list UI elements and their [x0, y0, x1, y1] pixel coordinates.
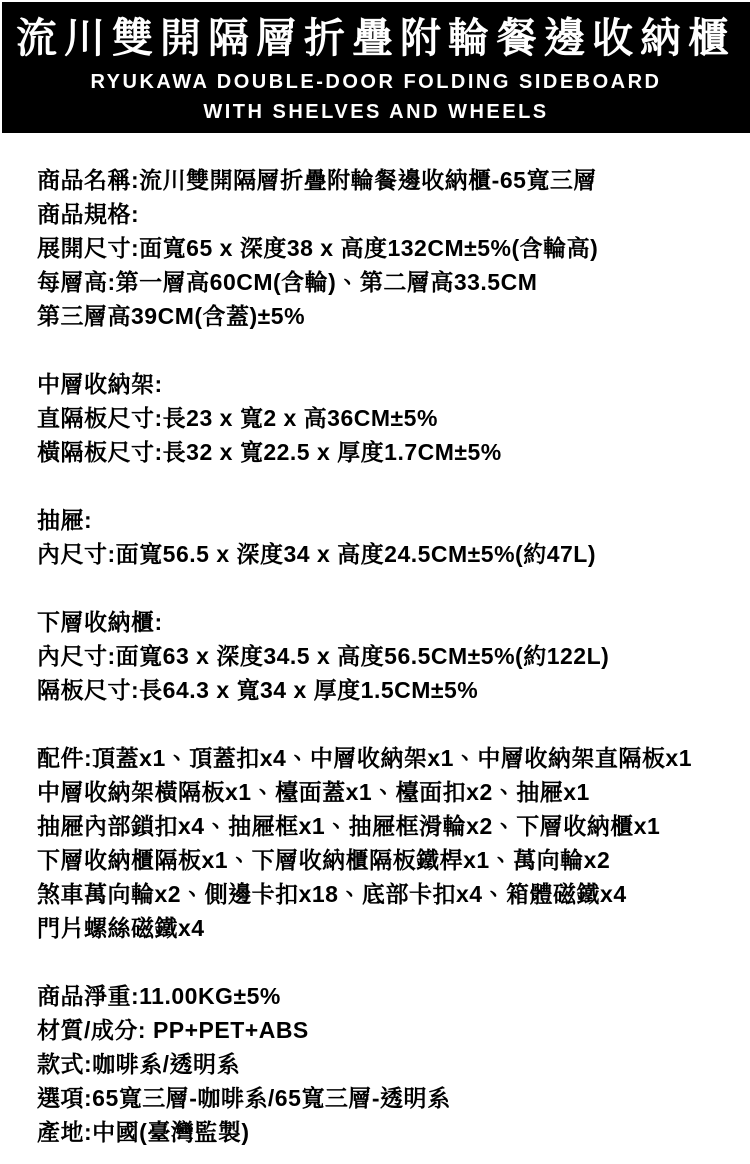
spec-line-accessories-2: 中層收納架橫隔板x1、檯面蓋x1、檯面扣x2、抽屜x1 — [37, 775, 722, 809]
spec-line-origin: 產地:中國(臺灣監製) — [37, 1115, 722, 1149]
product-header-banner: 流川雙開隔層折疊附輪餐邊收納櫃 RYUKAWA DOUBLE-DOOR FOLD… — [2, 2, 750, 133]
spec-line-horizontal-divider-size: 橫隔板尺寸:長32 x 寬22.5 x 厚度1.7CM±5% — [37, 435, 722, 469]
product-spec-page: 流川雙開隔層折疊附輪餐邊收納櫃 RYUKAWA DOUBLE-DOOR FOLD… — [0, 0, 750, 1164]
section-product-meta: 商品淨重:11.00KG±5% 材質/成分: PP+PET+ABS 款式:咖啡系… — [37, 979, 722, 1149]
spec-line-lower-cabinet-heading: 下層收納櫃: — [37, 605, 722, 639]
spec-line-accessories-3: 抽屜內部鎖扣x4、抽屜框x1、抽屜框滑輪x2、下層收納櫃x1 — [37, 809, 722, 843]
spec-line-product-name: 商品名稱:流川雙開隔層折疊附輪餐邊收納櫃-65寬三層 — [37, 163, 722, 197]
spec-line-layer-height-1: 每層高:第一層高60CM(含輪)、第二層高33.5CM — [37, 265, 722, 299]
spec-line-lower-cabinet-inner-size: 內尺寸:面寬63 x 深度34.5 x 高度56.5CM±5%(約122L) — [37, 639, 722, 673]
spec-line-lower-cabinet-shelf-size: 隔板尺寸:長64.3 x 寬34 x 厚度1.5CM±5% — [37, 673, 722, 707]
spec-line-accessories-6: 門片螺絲磁鐵x4 — [37, 911, 722, 945]
spec-line-drawer-heading: 抽屜: — [37, 503, 722, 537]
spec-line-net-weight: 商品淨重:11.00KG±5% — [37, 979, 722, 1013]
product-subtitle-en-line1: RYUKAWA DOUBLE-DOOR FOLDING SIDEBOARD — [2, 67, 750, 97]
spec-line-options: 選項:65寬三層-咖啡系/65寬三層-透明系 — [37, 1081, 722, 1115]
spec-line-layer-height-2: 第三層高39CM(含蓋)±5% — [37, 299, 722, 333]
spec-line-spec-heading: 商品規格: — [37, 197, 722, 231]
spec-line-material: 材質/成分: PP+PET+ABS — [37, 1013, 722, 1047]
section-drawer: 抽屜: 內尺寸:面寬56.5 x 深度34 x 高度24.5CM±5%(約47L… — [37, 503, 722, 571]
section-accessories: 配件:頂蓋x1、頂蓋扣x4、中層收納架x1、中層收納架直隔板x1 中層收納架橫隔… — [37, 741, 722, 945]
product-subtitle-en-line2: WITH SHELVES AND WHEELS — [2, 97, 750, 127]
spec-line-vertical-divider-size: 直隔板尺寸:長23 x 寬2 x 高36CM±5% — [37, 401, 722, 435]
spec-line-middle-shelf-heading: 中層收納架: — [37, 367, 722, 401]
spec-content: 商品名稱:流川雙開隔層折疊附輪餐邊收納櫃-65寬三層 商品規格: 展開尺寸:面寬… — [0, 133, 750, 1149]
spec-line-accessories-1: 配件:頂蓋x1、頂蓋扣x4、中層收納架x1、中層收納架直隔板x1 — [37, 741, 722, 775]
spec-line-accessories-4: 下層收納櫃隔板x1、下層收納櫃隔板鐵桿x1、萬向輪x2 — [37, 843, 722, 877]
spec-line-accessories-5: 煞車萬向輪x2、側邊卡扣x18、底部卡扣x4、箱體磁鐵x4 — [37, 877, 722, 911]
section-product-info: 商品名稱:流川雙開隔層折疊附輪餐邊收納櫃-65寬三層 商品規格: 展開尺寸:面寬… — [37, 163, 722, 333]
spec-line-drawer-inner-size: 內尺寸:面寬56.5 x 深度34 x 高度24.5CM±5%(約47L) — [37, 537, 722, 571]
spec-line-open-size: 展開尺寸:面寬65 x 深度38 x 高度132CM±5%(含輪高) — [37, 231, 722, 265]
section-lower-cabinet: 下層收納櫃: 內尺寸:面寬63 x 深度34.5 x 高度56.5CM±5%(約… — [37, 605, 722, 707]
section-middle-shelf: 中層收納架: 直隔板尺寸:長23 x 寬2 x 高36CM±5% 橫隔板尺寸:長… — [37, 367, 722, 469]
product-title-zh: 流川雙開隔層折疊附輪餐邊收納櫃 — [2, 15, 750, 61]
spec-line-style: 款式:咖啡系/透明系 — [37, 1047, 722, 1081]
